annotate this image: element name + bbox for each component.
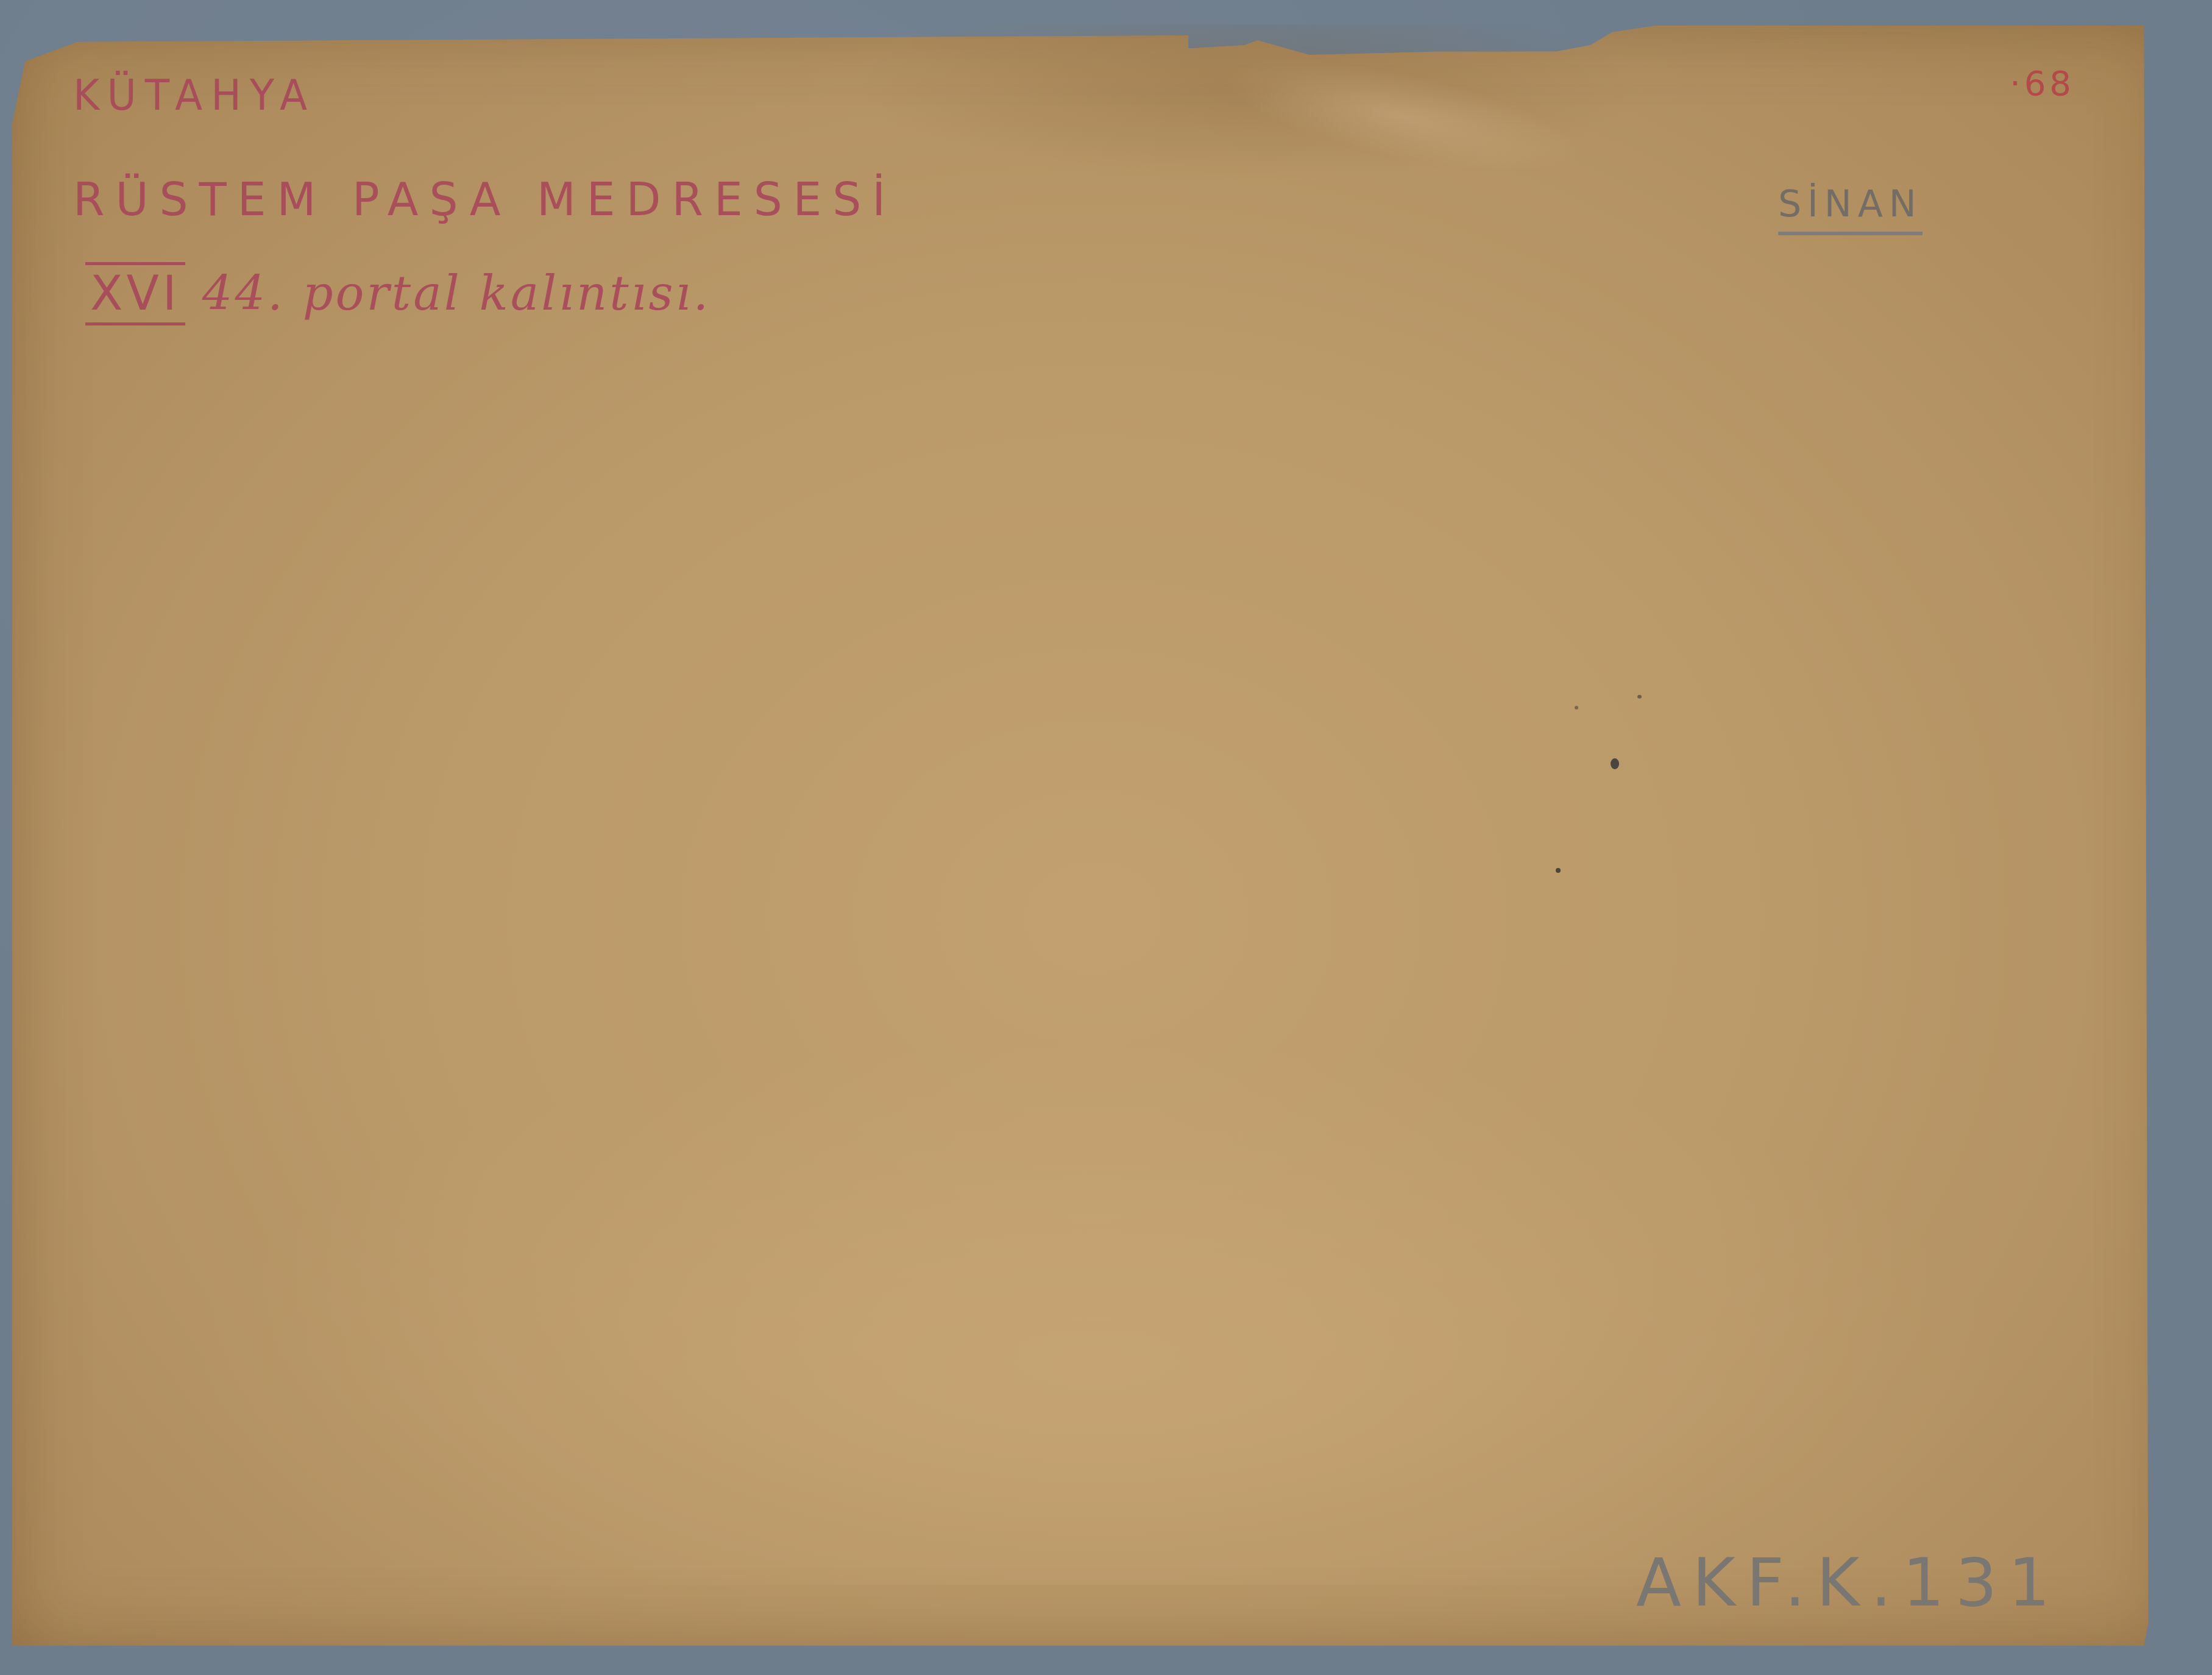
paper-speck — [1637, 695, 1642, 699]
description-text: 44. portal kalıntısı. — [202, 266, 711, 321]
architect-annotation: SİNAN — [1778, 183, 1923, 235]
building-annotation: RÜSTEM PAŞA MEDRESESİ — [73, 174, 896, 226]
archive-id-label: AKF.K.131 — [1636, 1545, 2061, 1621]
paper-speck — [1575, 706, 1578, 709]
description-annotation: XVI44. portal kalıntısı. — [85, 262, 711, 325]
paper-speck — [1556, 868, 1561, 873]
century-label: XVI — [85, 262, 185, 325]
paper-speck — [1611, 758, 1619, 769]
corner-number: ·68 — [2010, 64, 2075, 104]
city-annotation: KÜTAHYA — [73, 71, 316, 120]
